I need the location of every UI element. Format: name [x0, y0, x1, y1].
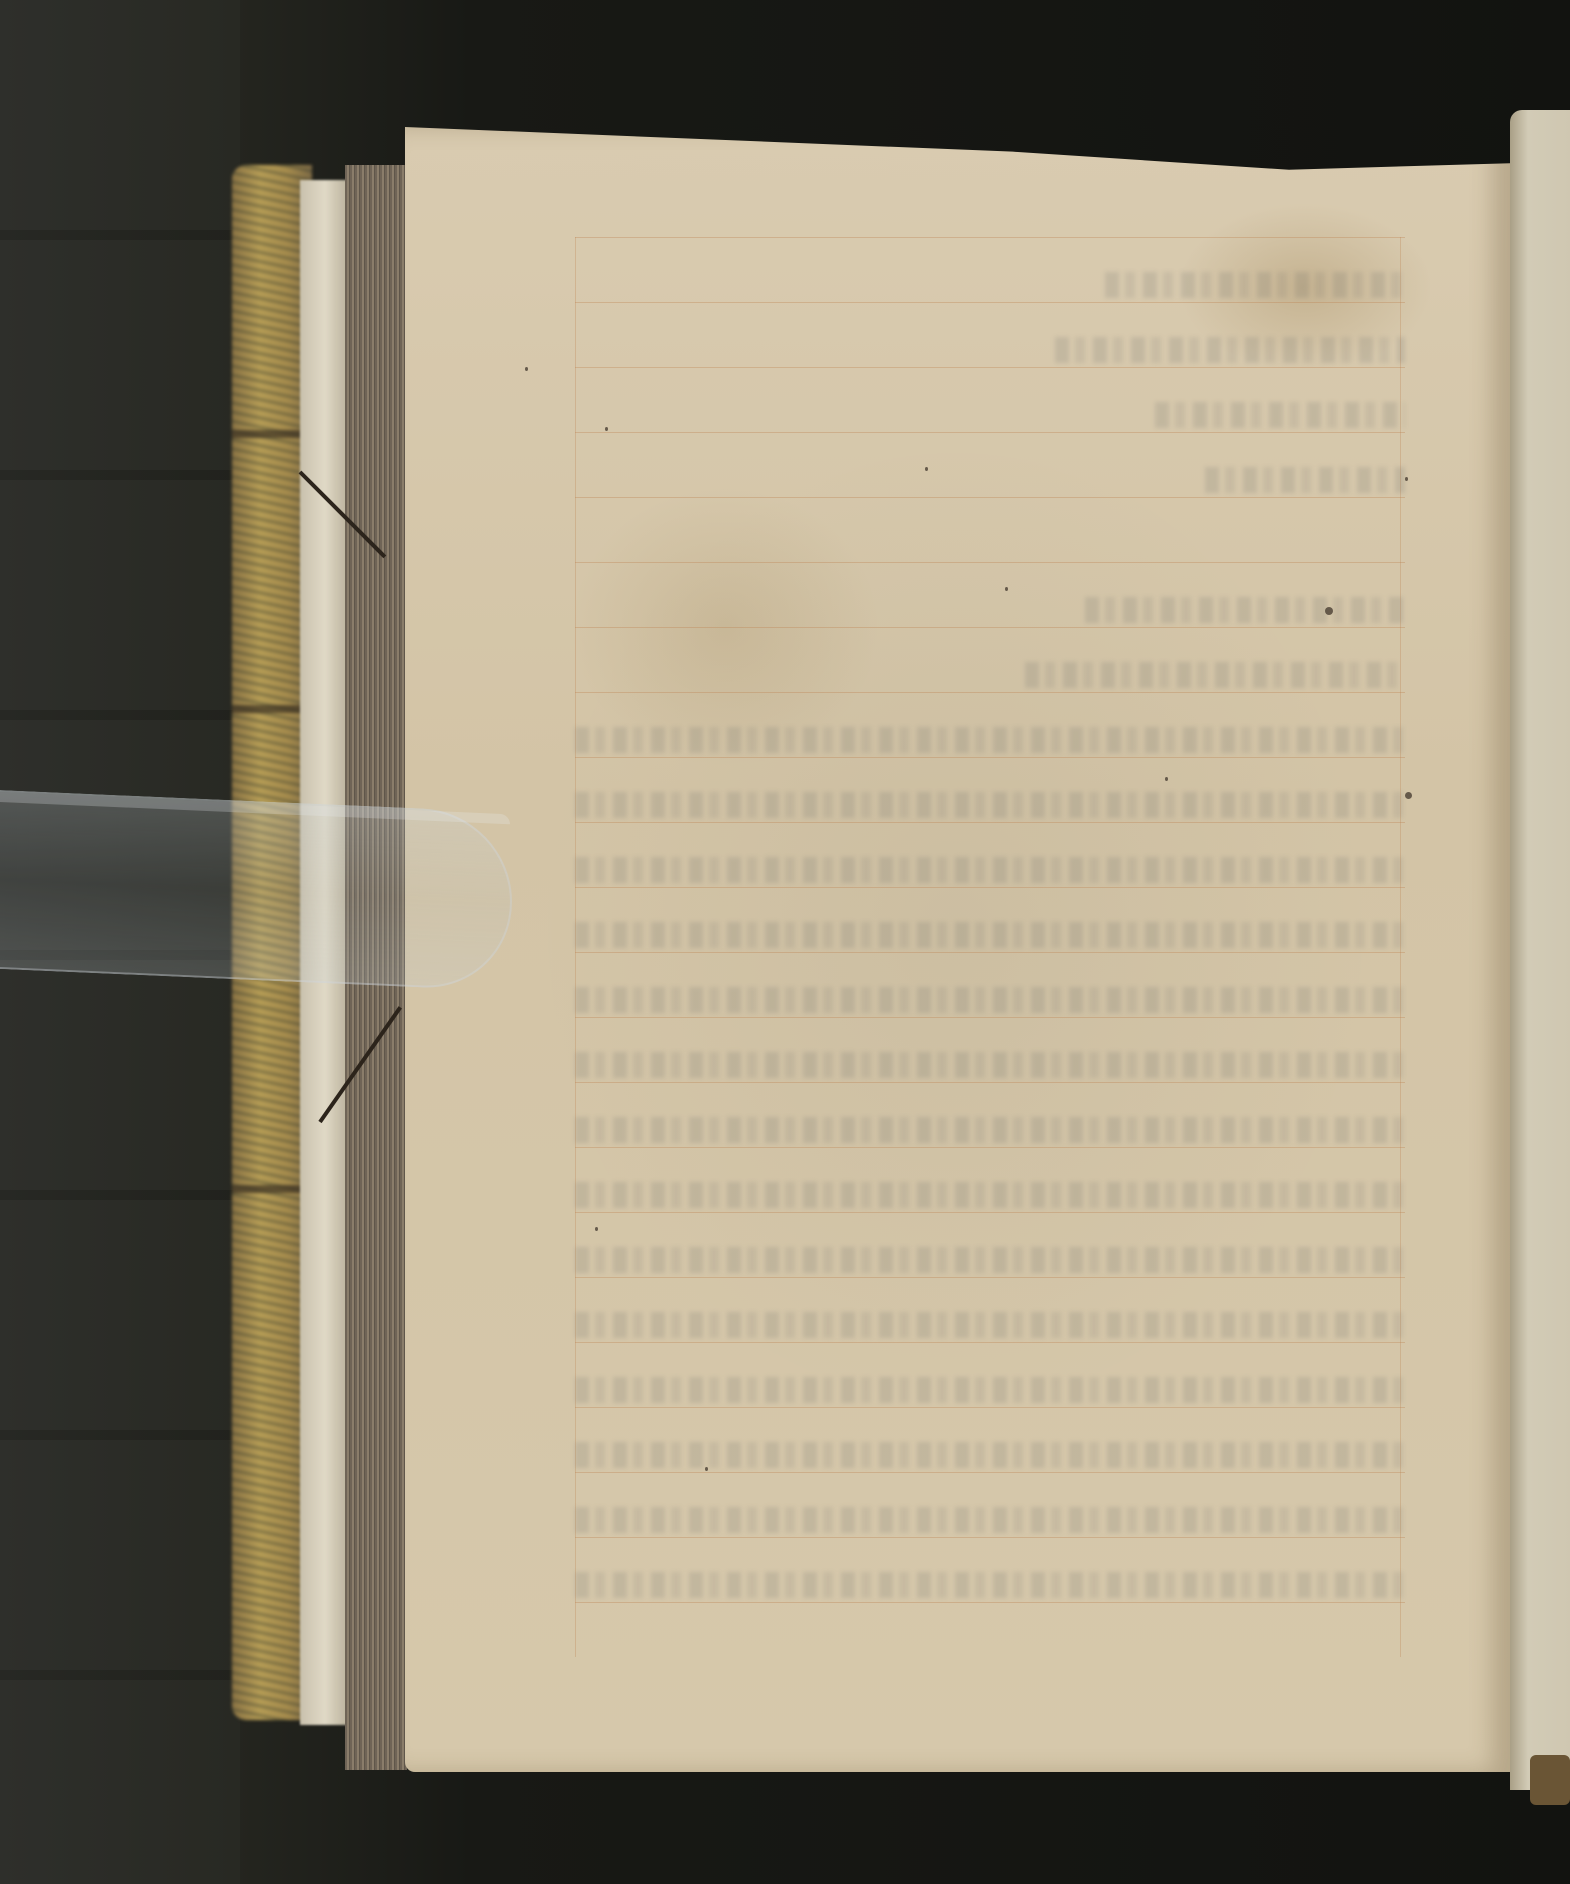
ruling-line: [575, 1017, 1405, 1018]
ruling-line: [575, 562, 1405, 563]
foxing-speck: [1325, 607, 1333, 615]
ruling-line: [575, 757, 1405, 758]
ruling-line: [575, 1147, 1405, 1148]
show-through-text: [575, 1247, 1405, 1273]
foxing-speck: [1005, 587, 1008, 591]
ruling-line: [575, 822, 1405, 823]
ruling-line: [575, 1407, 1405, 1408]
show-through-text: [575, 727, 1405, 753]
show-through-text: [575, 1182, 1405, 1208]
show-through-text: [575, 857, 1405, 883]
show-through-text: [575, 1312, 1405, 1338]
show-through-text: [1155, 402, 1405, 428]
ruling-line: [575, 1537, 1405, 1538]
ruling-line: [575, 237, 1405, 238]
foxing-speck: [705, 1467, 708, 1471]
show-through-text: [575, 1442, 1405, 1468]
facing-recto-page: [1510, 110, 1570, 1790]
ruling-line: [575, 1082, 1405, 1083]
show-through-text: [1025, 662, 1405, 688]
ruling-line: [575, 887, 1405, 888]
show-through-text: [1055, 337, 1405, 363]
show-through-text: [575, 922, 1405, 948]
acrylic-page-holder: [0, 790, 512, 991]
ruling-line: [575, 627, 1405, 628]
show-through-text: [575, 792, 1405, 818]
cover-corner: [1530, 1755, 1570, 1805]
foxing-speck: [1165, 777, 1168, 781]
show-through-text: [575, 1377, 1405, 1403]
show-through-text: [1085, 597, 1405, 623]
show-through-text: [575, 1572, 1405, 1598]
foxing-speck: [605, 427, 608, 431]
ruling-line: [575, 1602, 1405, 1603]
show-through-text: [1105, 272, 1405, 298]
ruling-line: [575, 952, 1405, 953]
show-through-text: [575, 987, 1405, 1013]
foxing-speck: [525, 367, 528, 371]
ruling-line: [575, 1472, 1405, 1473]
ruling-line: [575, 367, 1405, 368]
show-through-text: [575, 1052, 1405, 1078]
verso-page: [405, 127, 1510, 1772]
ruling-line: [575, 1212, 1405, 1213]
show-through-text: [575, 1507, 1405, 1533]
show-through-text: [575, 1117, 1405, 1143]
foxing-speck: [925, 467, 928, 471]
foxing-speck: [595, 1227, 598, 1231]
ruling-line: [575, 302, 1405, 303]
ruling-line: [575, 432, 1405, 433]
show-through-text: [1205, 467, 1405, 493]
ruling-line: [575, 692, 1405, 693]
ruling-line: [575, 1277, 1405, 1278]
foxing-speck: [1405, 792, 1412, 799]
foxing-speck: [1405, 477, 1408, 481]
ruling-line: [575, 497, 1405, 498]
ruling-line: [575, 1342, 1405, 1343]
